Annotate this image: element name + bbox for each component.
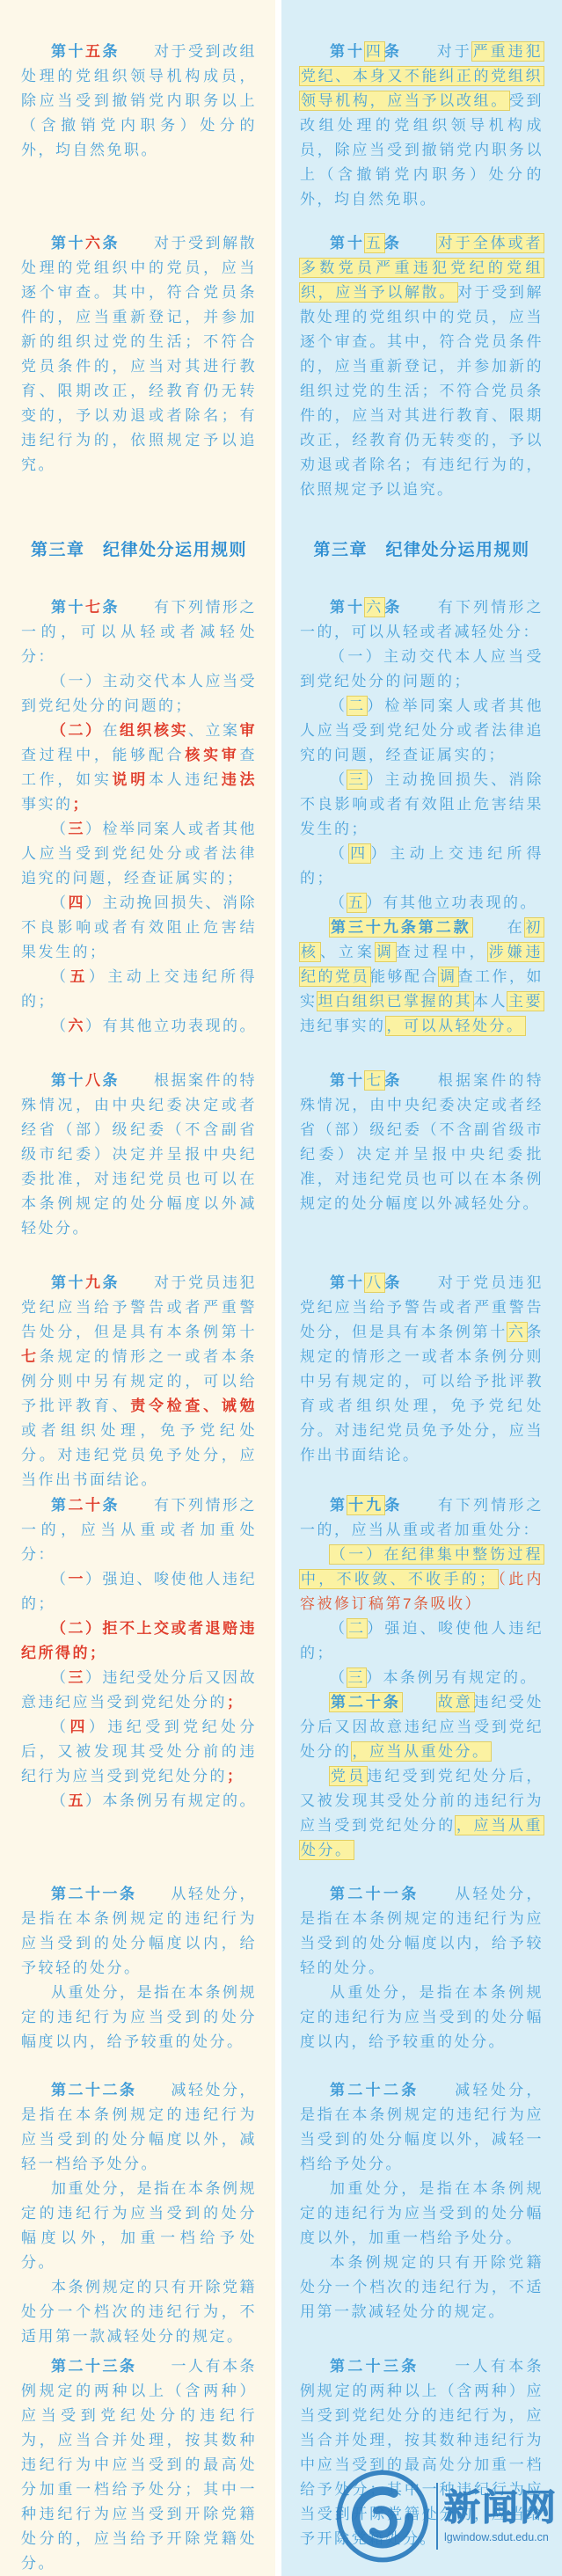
paragraph: 第十五条 对于全体或者多数党员严重违犯党纪的党组织，应当予以解散。对于受到解散处… (300, 231, 544, 502)
old-version-cell: 第十五条 对于受到改组处理的党组织领导机构成员，除应当受到撤销党内职务以上（含撤… (0, 40, 275, 231)
news-site-name: 新闻网 (444, 2489, 558, 2527)
chapter-heading-row: 第三章 纪律处分运用规则第三章 纪律处分运用规则 (0, 535, 562, 595)
paragraph: 党员违纪受到党纪处分后，又被发现其受处分前的违纪行为应当受到党纪处分的，应当从重… (300, 1764, 544, 1863)
article-row: 第十五条 对于受到改组处理的党组织领导机构成员，除应当受到撤销党内职务以上（含撤… (0, 40, 562, 231)
new-version-cell: 第十九条 有下列情形之一的，应当从重或者加重处分：（一）在纪律集中整饬过程中，不… (275, 1493, 562, 1882)
watermark-divider-line (436, 2483, 438, 2550)
old-version-cell: 第二十二条 减轻处分，是指在本条例规定的违纪行为应当受到的处分幅度以外，减轻一档… (0, 2078, 275, 2354)
article-row: 第二十一条 从轻处分，是指在本条例规定的违纪行为应当受到的处分幅度以内，给予较轻… (0, 1882, 562, 2078)
paragraph: （二）拒不上交或者退赔违纪所得的； (21, 1616, 257, 1666)
article-row: 第十七条 有下列情形之一的，可以从轻或者减轻处分：（一）主动交代本人应当受到党纪… (0, 595, 562, 1069)
paragraph: 第十四条 对于严重违犯党纪、本身又不能纠正的党组织领导机构，应当予以改组。受到改… (300, 40, 544, 212)
paragraph: 加重处分，是指在本条例规定的违纪行为应当受到的处分幅度以外，加重一档给予处分。 (300, 2177, 544, 2251)
article-row: 第二十二条 减轻处分，是指在本条例规定的违纪行为应当受到的处分幅度以外，减轻一档… (0, 2078, 562, 2354)
news-site-url: lgwindow.sdut.edu.cn (444, 2531, 549, 2543)
paragraph: （二）强迫、唆使他人违纪的； (300, 1616, 544, 1666)
old-version-cell: 第十七条 有下列情形之一的，可以从轻或者减轻处分：（一）主动交代本人应当受到党纪… (0, 595, 275, 1069)
new-version-cell: 第十六条 有下列情形之一的，可以从轻或者减轻处分：（一）主动交代本人应当受到党纪… (275, 595, 562, 1069)
paragraph: （五）主动上交违纪所得的； (21, 965, 257, 1014)
paragraph: 第二十二条 减轻处分，是指在本条例规定的违纪行为应当受到的处分幅度以外，减轻一档… (300, 2078, 544, 2177)
news-site-seal-logo (335, 2469, 430, 2564)
comparison-table: 第十五条 对于受到改组处理的党组织领导机构成员，除应当受到撤销党内职务以上（含撤… (0, 40, 562, 2576)
paragraph: 第十八条 根据案件的特殊情况，由中央纪委决定或者经省（部）级纪委（不含副省级市纪… (21, 1069, 257, 1241)
paragraph: 第十六条 有下列情形之一的，可以从轻或者减轻处分： (300, 595, 544, 645)
paragraph: （四）违纪受到党纪处分后，又被发现其受处分前的违纪行为应当受到党纪处分的； (21, 1715, 257, 1789)
paragraph: （二）在组织核实、立案审查过程中，能够配合核实审查工作，如实说明本人违纪违法事实… (21, 719, 257, 817)
paragraph: 第十九条 有下列情形之一的，应当从重或者加重处分： (300, 1493, 544, 1543)
old-version-cell: 第二十条 有下列情形之一的，应当从重或者加重处分：（一）强迫、唆使他人违纪的；（… (0, 1493, 275, 1882)
paragraph: 加重处分，是指在本条例规定的违纪行为应当受到的处分幅度以外，加重一档给予处分。 (21, 2177, 257, 2275)
paragraph: （三）违纪受处分后又因故意违纪应当受到党纪处分的； (21, 1666, 257, 1715)
article-row: 第十八条 根据案件的特殊情况，由中央纪委决定或者经省（部）级纪委（不含副省级市纪… (0, 1069, 562, 1271)
new-version-cell: 第三章 纪律处分运用规则 (275, 535, 562, 595)
new-version-cell: 第十七条 根据案件的特殊情况，由中央纪委决定或者经省（部）级纪委（不含副省级市纪… (275, 1069, 562, 1271)
new-version-cell: 第二十二条 减轻处分，是指在本条例规定的违纪行为应当受到的处分幅度以外，减轻一档… (275, 2078, 562, 2354)
paragraph: （五）本条例另有规定的。 (21, 1789, 257, 1813)
watermark-text-block: 新闻网 lgwindow.sdut.edu.cn (444, 2489, 558, 2543)
article-row: 第十九条 对于党员违犯党纪应当给予警告或者严重警告处分，但是具有本条例第十七条规… (0, 1271, 562, 1493)
paragraph: （三）检举同案人或者其他人应当受到党纪处分或者法律追究的问题，经查证属实的； (21, 817, 257, 891)
paragraph: （一）在纪律集中整饬过程中，不收敛、不收手的；（此内容被修订稿第7条吸收） (300, 1543, 544, 1616)
paragraph: （一）主动交代本人应当受到党纪处分的问题的； (300, 645, 544, 694)
paragraph: 第三十九条第二款 在初核、立案调查过程中，涉嫌违纪的党员能够配合调查工作，如实坦… (300, 916, 544, 1039)
new-version-cell: 第十五条 对于全体或者多数党员严重违犯党纪的党组织，应当予以解散。对于受到解散处… (275, 231, 562, 535)
paragraph: 第二十条 有下列情形之一的，应当从重或者加重处分： (21, 1493, 257, 1567)
paragraph: 第二十三条 一人有本条例规定的两种以上（含两种）应当受到党纪处分的违纪行为，应当… (21, 2354, 257, 2576)
paragraph: 第十九条 对于党员违犯党纪应当给予警告或者严重警告处分，但是具有本条例第十七条规… (21, 1271, 257, 1492)
paragraph: （六）有其他立功表现的。 (21, 1014, 257, 1039)
paragraph: 第十五条 对于受到改组处理的党组织领导机构成员，除应当受到撤销党内职务以上（含撤… (21, 40, 257, 163)
paragraph: （五）有其他立功表现的。 (300, 891, 544, 916)
old-version-cell: 第二十三条 一人有本条例规定的两种以上（含两种）应当受到党纪处分的违纪行为，应当… (0, 2354, 275, 2576)
watermark: 新闻网 lgwindow.sdut.edu.cn (335, 2469, 558, 2564)
paragraph: 本条例规定的只有开除党籍处分一个档次的违纪行为，不适用第一款减轻处分的规定。 (21, 2275, 257, 2349)
paragraph: （一）强迫、唆使他人违纪的； (21, 1567, 257, 1616)
paragraph: 第二十二条 减轻处分，是指在本条例规定的违纪行为应当受到的处分幅度以外，减轻一档… (21, 2078, 257, 2177)
article-row: 第十六条 对于受到解散处理的党组织中的党员，应当逐个审查。其中，符合党员条件的，… (0, 231, 562, 535)
chapter-title: 第三章 纪律处分运用规则 (300, 535, 544, 563)
paragraph: 从重处分，是指在本条例规定的违纪行为应当受到的处分幅度以内，给予较重的处分。 (300, 1981, 544, 2054)
old-version-cell: 第十八条 根据案件的特殊情况，由中央纪委决定或者经省（部）级纪委（不含副省级市纪… (0, 1069, 275, 1271)
paragraph: 第十八条 对于党员违犯党纪应当给予警告或者严重警告处分，但是具有本条例第十六条规… (300, 1271, 544, 1468)
paragraph: （四）主动上交违纪所得的； (300, 842, 544, 891)
paragraph: （一）主动交代本人应当受到党纪处分的问题的； (21, 669, 257, 719)
paragraph: （三）本条例另有规定的。 (300, 1666, 544, 1690)
paragraph: （三）主动挽回损失、消除不良影响或者有效阻止危害结果发生的； (300, 768, 544, 842)
paragraph: 第二十一条 从轻处分，是指在本条例规定的违纪行为应当受到的处分幅度以内，给予较轻… (300, 1882, 544, 1981)
paragraph: 第十七条 根据案件的特殊情况，由中央纪委决定或者经省（部）级纪委（不含副省级市纪… (300, 1069, 544, 1216)
new-version-cell: 第十四条 对于严重违犯党纪、本身又不能纠正的党组织领导机构，应当予以改组。受到改… (275, 40, 562, 231)
old-version-cell: 第十九条 对于党员违犯党纪应当给予警告或者严重警告处分，但是具有本条例第十七条规… (0, 1271, 275, 1493)
paragraph: （二）检举同案人或者其他人应当受到党纪处分或者法律追究的问题，经查证属实的； (300, 694, 544, 768)
regulation-comparison-page: 第十五条 对于受到改组处理的党组织领导机构成员，除应当受到撤销党内职务以上（含撤… (0, 0, 562, 2576)
paragraph: 第十六条 对于受到解散处理的党组织中的党员，应当逐个审查。其中，符合党员条件的，… (21, 231, 257, 478)
old-version-cell: 第十六条 对于受到解散处理的党组织中的党员，应当逐个审查。其中，符合党员条件的，… (0, 231, 275, 535)
paragraph: 从重处分，是指在本条例规定的违纪行为应当受到的处分幅度以内，给予较重的处分。 (21, 1981, 257, 2054)
paragraph: 第二十一条 从轻处分，是指在本条例规定的违纪行为应当受到的处分幅度以内，给予较轻… (21, 1882, 257, 1981)
new-version-cell: 第十八条 对于党员违犯党纪应当给予警告或者严重警告处分，但是具有本条例第十六条规… (275, 1271, 562, 1493)
old-version-cell: 第三章 纪律处分运用规则 (0, 535, 275, 595)
old-version-cell: 第二十一条 从轻处分，是指在本条例规定的违纪行为应当受到的处分幅度以内，给予较轻… (0, 1882, 275, 2078)
paragraph: （四）主动挽回损失、消除不良影响或者有效阻止危害结果发生的； (21, 891, 257, 965)
new-version-cell: 第二十一条 从轻处分，是指在本条例规定的违纪行为应当受到的处分幅度以内，给予较轻… (275, 1882, 562, 2078)
paragraph: 第十七条 有下列情形之一的，可以从轻或者减轻处分： (21, 595, 257, 669)
paragraph: 第二十条 故意违纪受处分后又因故意违纪应当受到党纪处分的，应当从重处分。 (300, 1690, 544, 1764)
paragraph: 本条例规定的只有开除党籍处分一个档次的违纪行为，不适用第一款减轻处分的规定。 (300, 2251, 544, 2324)
article-row: 第二十条 有下列情形之一的，应当从重或者加重处分：（一）强迫、唆使他人违纪的；（… (0, 1493, 562, 1882)
chapter-title: 第三章 纪律处分运用规则 (21, 535, 257, 563)
